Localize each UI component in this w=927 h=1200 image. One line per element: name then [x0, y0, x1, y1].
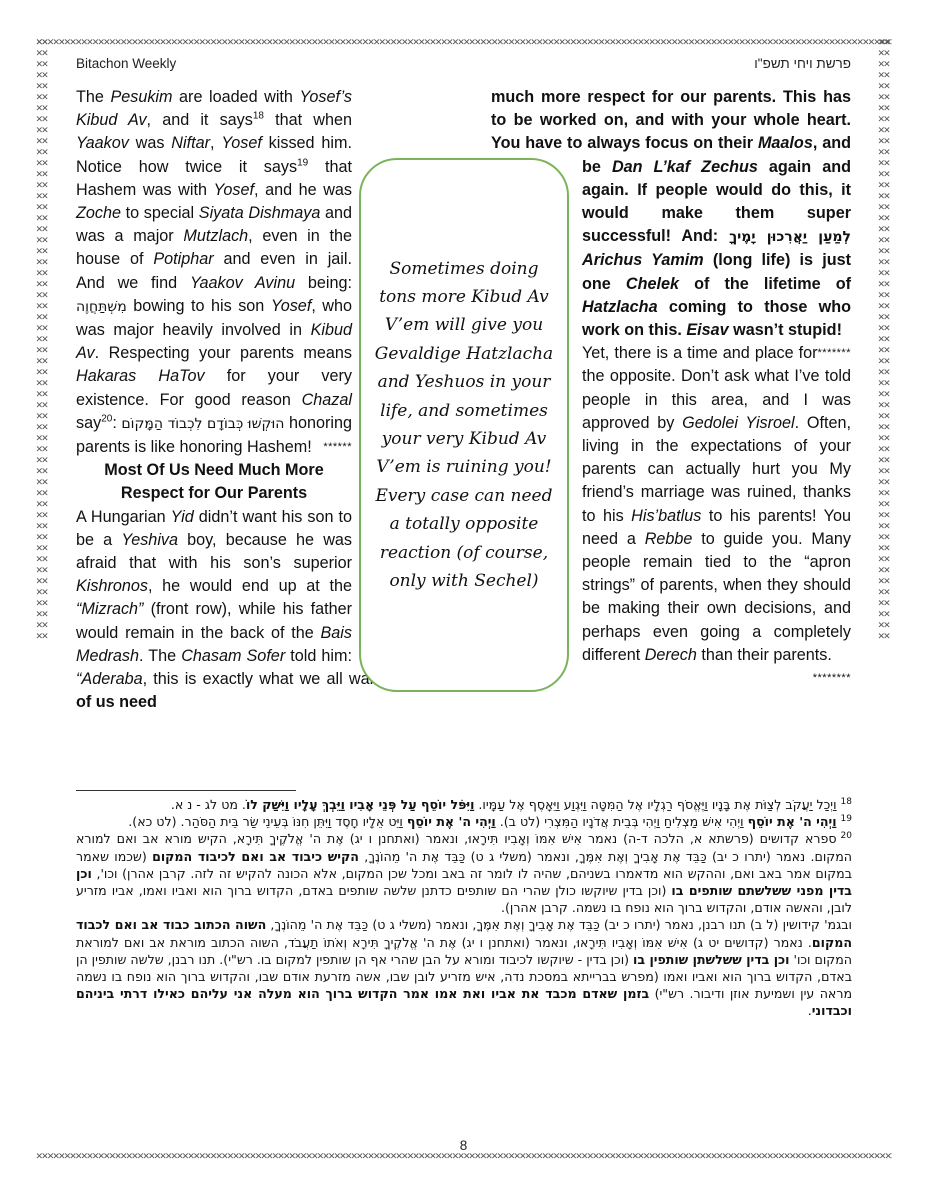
- footnote-ref-18[interactable]: 18: [253, 111, 264, 122]
- crosshatch-border-top-icon: ✕✕✕✕✕✕✕✕✕✕✕✕✕✕✕✕✕✕✕✕✕✕✕✕✕✕✕✕✕✕✕✕✕✕✕✕✕✕✕✕…: [36, 36, 892, 50]
- term: Chasam Sofer: [181, 647, 285, 665]
- term: Yeshiva: [121, 531, 178, 549]
- term: Rebbe: [645, 530, 693, 548]
- footnotes: 18וַיְכַל יַעֲקֹב לְצַוֹּת אֶת בָּנָיו ו…: [76, 796, 852, 1020]
- text: than their parents.: [697, 646, 832, 664]
- footnote-text: וַיְהִי אִישׁ מַצְלִיחַ וַיְהִי בְּבֵית …: [496, 814, 748, 829]
- pull-quote-text: Sometimes doing tons more Kibud Av V’em …: [374, 255, 554, 596]
- parsha-title: פרשת ויחי תשפ"ו: [754, 56, 851, 71]
- footnote-20: 20ספרא קדושים (פרשתא א, הלכה ד-ה) נאמר א…: [76, 830, 852, 916]
- term: Zoche: [76, 204, 121, 222]
- term: Yosef: [214, 181, 255, 199]
- crosshatch-border-right-icon: ✕✕✕✕✕✕✕✕✕✕✕✕✕✕✕✕✕✕✕✕✕✕✕✕✕✕✕✕✕✕✕✕✕✕✕✕✕✕✕✕…: [878, 36, 892, 1164]
- text: told him:: [285, 647, 352, 665]
- text: , and he was: [254, 181, 352, 199]
- term: Eisav: [686, 321, 728, 339]
- footnote-source: . מט לג - נ א.: [171, 797, 246, 812]
- page-number: 8: [0, 1138, 927, 1153]
- text: The: [76, 88, 110, 106]
- text: wasn’t stupid!: [729, 321, 842, 339]
- term: “Mizrach”: [76, 600, 143, 618]
- text: , this is exactly what we all want!”: [143, 670, 400, 688]
- text: that when: [264, 111, 352, 129]
- term: Yaakov Avinu: [190, 274, 295, 292]
- publication-title: Bitachon Weekly: [76, 56, 176, 71]
- pull-quote-box: Sometimes doing tons more Kibud Av V’em …: [359, 158, 569, 692]
- text: was: [129, 134, 171, 152]
- footnote-number: 18: [841, 797, 852, 807]
- text: to guide you. Many people remain tied to…: [582, 530, 851, 664]
- crosshatch-border-left-icon: ✕✕✕✕✕✕✕✕✕✕✕✕✕✕✕✕✕✕✕✕✕✕✕✕✕✕✕✕✕✕✕✕✕✕✕✕✕✕✕✕…: [36, 36, 50, 1164]
- text: to special: [121, 204, 199, 222]
- term: “Aderaba: [76, 670, 143, 688]
- hebrew-quote: לְמַעַן יַאֲרִכוּן יָמֶיךָ: [729, 229, 851, 245]
- term: Niftar: [171, 134, 210, 152]
- footnote-ref-20[interactable]: 20: [101, 413, 112, 424]
- term: Yid: [171, 508, 194, 526]
- term: Yosef: [271, 297, 312, 315]
- footnote-18: 18וַיְכַל יַעֲקֹב לְצַוֹּת אֶת בָּנָיו ו…: [76, 796, 852, 813]
- term: Potiphar: [153, 250, 213, 268]
- hebrew-term: מִשְׁתַּחֲוֶה: [76, 299, 127, 315]
- footnote-emphasis: הקיש כיבוד אב ואם לכיבוד המקום: [152, 849, 359, 864]
- term: Yosef: [221, 134, 262, 152]
- text: , and it says: [147, 111, 253, 129]
- footnote-emphasis: וַיִּפֹּל יוֹסֵף עַל פְּנֵי אָבִיו וַיֵּ…: [246, 797, 474, 812]
- term: Dan L’kaf Zechus: [612, 158, 758, 176]
- footnote-20-continued: ובגמ' קידושין (ל ב) תנו רבנן, נאמר (יתרו…: [76, 916, 852, 1019]
- text: , he would end up at the: [148, 577, 352, 595]
- footnote-emphasis: וַיְהִי ה' אֶת יוֹסֵף: [407, 814, 496, 829]
- footnote-ref-19[interactable]: 19: [297, 157, 308, 168]
- text: . The: [139, 647, 181, 665]
- section-divider-stars: ******: [323, 436, 352, 459]
- text: A Hungarian: [76, 508, 171, 526]
- text: being:: [295, 274, 352, 292]
- text: of the lifetime of: [679, 275, 851, 293]
- section-divider-stars: *******: [818, 342, 851, 365]
- term: Mutzlach: [183, 227, 248, 245]
- term: Gedolei Yisroel: [682, 414, 794, 432]
- footnote-text: ובגמ' קידושין (ל ב) תנו רבנן, נאמר (יתרו…: [266, 917, 852, 932]
- page-header: Bitachon Weekly פרשת ויחי תשפ"ו: [76, 56, 851, 78]
- text: bowing to his son: [127, 297, 271, 315]
- footnote-emphasis: וכן בדין ששלשתן שותפין בו: [633, 952, 789, 967]
- text: ,: [210, 134, 221, 152]
- term: Chelek: [626, 275, 679, 293]
- footnote-emphasis: וַיְהִי ה' אֶת יוֹסֵף: [748, 814, 837, 829]
- term: Hatzlacha: [582, 298, 658, 316]
- term: Kishronos: [76, 577, 148, 595]
- term: Yaakov: [76, 134, 129, 152]
- term: Derech: [645, 646, 697, 664]
- term: Siyata Dishmaya: [199, 204, 321, 222]
- footnote-number: 20: [841, 831, 852, 841]
- text: are loaded with: [173, 88, 300, 106]
- term: Hakaras HaTov: [76, 367, 205, 385]
- term: Pesukim: [110, 88, 172, 106]
- section-divider-stars: ********: [813, 667, 851, 690]
- hebrew-quote: הוּקְשׁוּ כְּבוֹדָם לִכְבוֹד הַמָּקוֹם: [121, 416, 284, 432]
- footnote-19: 19וַיְהִי ה' אֶת יוֹסֵף וַיְהִי אִישׁ מַ…: [76, 813, 852, 830]
- footnote-text: וַיְכַל יַעֲקֹב לְצַוֹּת אֶת בָּנָיו וַי…: [474, 797, 836, 812]
- term: His’batlus: [631, 507, 701, 525]
- term: Maalos: [758, 134, 813, 152]
- term: Chazal: [302, 391, 352, 409]
- text: say: [76, 414, 101, 432]
- footnote-text: וַיֵּט אֵלָיו חָסֶד וַיִּתֵּן חִנּוֹ בְּ…: [128, 814, 407, 829]
- footnote-number: 19: [841, 814, 852, 824]
- text: . Respecting your parents means: [95, 344, 352, 362]
- term: Arichus Yamim: [582, 251, 704, 269]
- footnote-separator: [76, 790, 296, 791]
